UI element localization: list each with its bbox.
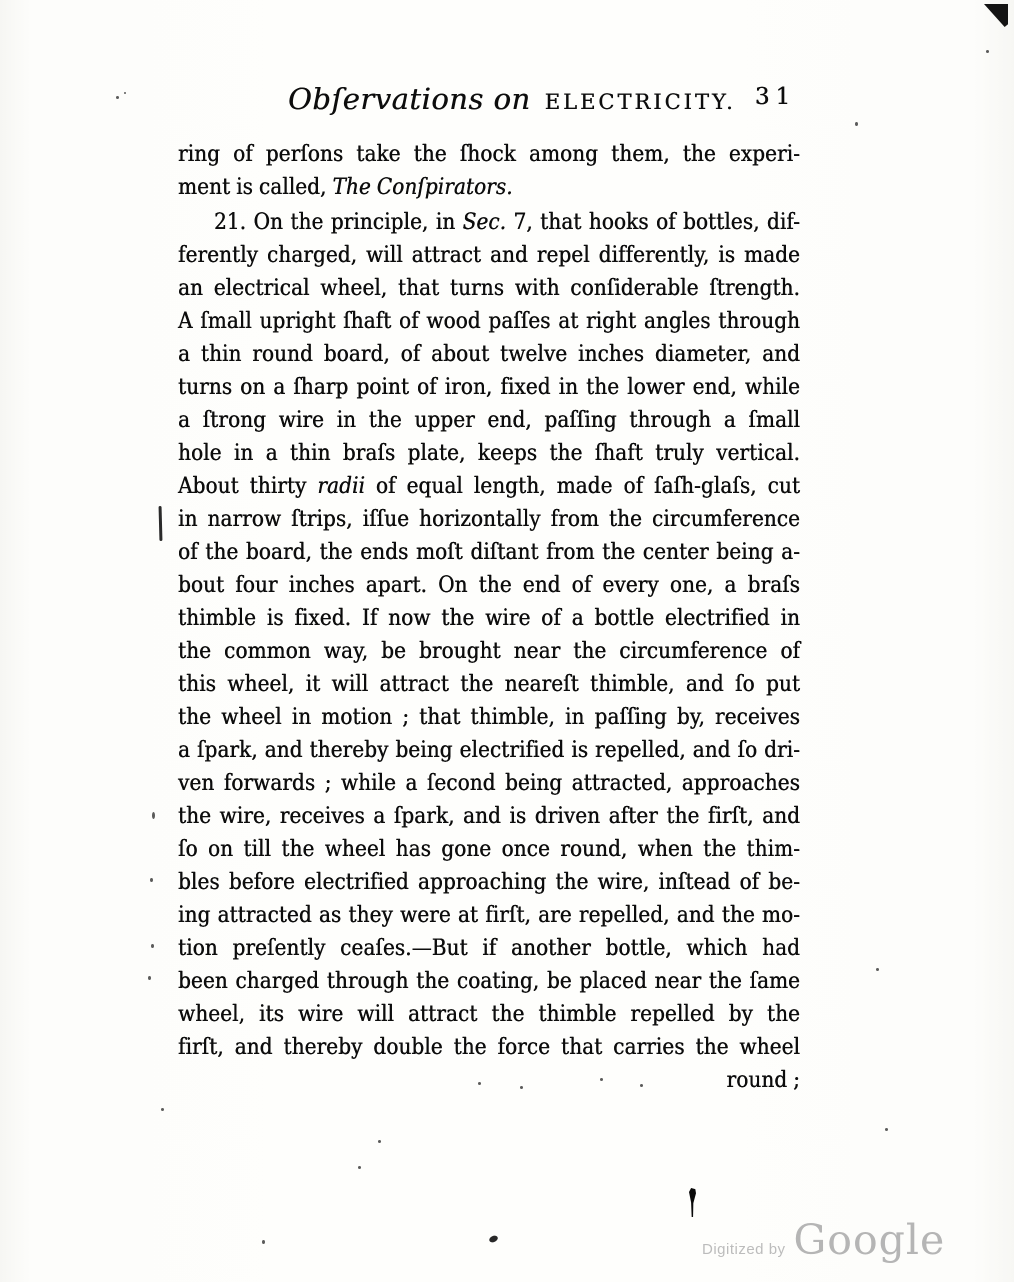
running-header: Obſervations on ELECTRICITY. 31 xyxy=(178,82,800,126)
text-line: the common way, be brought near the circ… xyxy=(178,632,800,669)
text-line: tion preſently ceaſes.—But if another bo… xyxy=(178,929,800,966)
text-run: tion preſently ceaſes.—But if another bo… xyxy=(178,934,800,961)
text-run: ing attracted as they were at firſt, are… xyxy=(178,901,800,928)
text-run: the wheel in motion ; that thimble, in p… xyxy=(178,703,800,730)
pen-ink-mark xyxy=(689,1188,696,1217)
italic-text-run: radii xyxy=(317,472,365,499)
text-run: bout four inches apart. On the end of ev… xyxy=(178,571,800,598)
text-line: been charged through the coating, be pla… xyxy=(178,962,800,999)
italic-text-run: The Conſpirators. xyxy=(332,173,512,200)
text-line: A ſmall upright ſhaft of wood paſſes at … xyxy=(178,302,800,339)
text-run: a ſtrong wire in the upper end, paſſing … xyxy=(178,406,800,433)
running-title-italic: Obſervations on xyxy=(288,82,531,116)
text-run: firſt, and thereby double the force that… xyxy=(178,1033,800,1060)
text-line: turns on a ſharp point of iron, fixed in… xyxy=(178,368,800,405)
margin-ink-bar xyxy=(159,506,163,541)
text-run: a ſpark, and thereby being electrified i… xyxy=(178,736,800,763)
ink-speck xyxy=(161,1108,164,1111)
ink-speck xyxy=(488,1234,499,1243)
text-run: A ſmall upright ſhaft of wood paſſes at … xyxy=(178,307,800,334)
text-line: round ; xyxy=(178,1061,800,1098)
text-line: the wheel in motion ; that thimble, in p… xyxy=(178,698,800,735)
text-line: ſo on till the wheel has gone once round… xyxy=(178,830,800,867)
text-line: 21. On the principle, in Sec. 7, that ho… xyxy=(178,203,800,240)
text-line: a ſtrong wire in the upper end, paſſing … xyxy=(178,401,800,438)
text-run: this wheel, it will attract the neareſt … xyxy=(178,670,800,697)
ink-speck xyxy=(124,92,126,94)
page-number: 31 xyxy=(755,84,796,110)
paragraph-conspirators: ring of perſons take the ſhock among the… xyxy=(178,137,800,203)
ink-speck xyxy=(152,812,155,819)
ink-speck xyxy=(986,50,989,53)
text-line: ring of perſons take the ſhock among the… xyxy=(178,135,800,172)
text-line: thimble is fixed. If now the wire of a b… xyxy=(178,599,800,636)
text-run: an electrical wheel, that turns with con… xyxy=(178,274,800,301)
text-line: ferently charged, will attract and repel… xyxy=(178,236,800,273)
ink-speck xyxy=(876,968,879,971)
running-title: Obſervations on ELECTRICITY. xyxy=(288,82,736,116)
text-run: About thirty xyxy=(178,472,317,499)
ink-speck xyxy=(855,122,858,126)
corner-ink-mark xyxy=(984,4,1008,27)
text-run: wheel, its wire will attract the thimble… xyxy=(178,1000,800,1027)
text-line: wheel, its wire will attract the thimble… xyxy=(178,995,800,1032)
ink-speck xyxy=(378,1140,381,1143)
text-run: bles before electrified approaching the … xyxy=(178,868,800,895)
ink-speck xyxy=(116,96,119,99)
text-run: the common way, be brought near the circ… xyxy=(178,637,800,664)
ink-speck xyxy=(150,878,153,882)
ink-speck xyxy=(885,1128,888,1131)
ink-speck xyxy=(262,1240,265,1244)
ink-speck xyxy=(358,1166,361,1169)
text-run: 21. On the principle, in xyxy=(214,208,463,235)
text-line: an electrical wheel, that turns with con… xyxy=(178,269,800,306)
digitization-watermark: Digitized by Google xyxy=(702,1216,945,1264)
ink-speck xyxy=(148,976,151,980)
text-run: round ; xyxy=(727,1066,800,1093)
text-run: ven forwards ; while a ſecond being attr… xyxy=(178,769,800,796)
text-line: About thirty radii of equal length, made… xyxy=(178,467,800,504)
text-line: bout four inches apart. On the end of ev… xyxy=(178,566,800,603)
ink-speck xyxy=(151,944,154,948)
paragraph-21-electrical-wheel: 21. On the principle, in Sec. 7, that ho… xyxy=(178,205,800,1096)
text-run: ſo on till the wheel has gone once round… xyxy=(178,835,800,862)
italic-text-run: Sec. xyxy=(463,208,507,235)
text-run: ring of perſons take the ſhock among the… xyxy=(178,140,800,167)
text-run: in narrow ſtrips, iſſue horizontally fro… xyxy=(178,505,800,532)
text-run: the wire, receives a ſpark, and is drive… xyxy=(178,802,800,829)
text-line: ven forwards ; while a ſecond being attr… xyxy=(178,764,800,801)
text-line: firſt, and thereby double the force that… xyxy=(178,1028,800,1065)
text-line: a thin round board, of about twelve inch… xyxy=(178,335,800,372)
text-run: a thin round board, of about twelve inch… xyxy=(178,340,800,367)
running-title-caps: ELECTRICITY. xyxy=(545,90,736,114)
scanned-book-page: Obſervations on ELECTRICITY. 31 ring of … xyxy=(0,0,1014,1282)
text-run: been charged through the coating, be pla… xyxy=(178,967,800,994)
text-run: hole in a thin braſs plate, keeps the ſh… xyxy=(178,439,800,466)
text-line: the wire, receives a ſpark, and is drive… xyxy=(178,797,800,834)
text-run: turns on a ſharp point of iron, fixed in… xyxy=(178,373,800,400)
text-run: of equal length, made of ſaſh-glaſs, cut xyxy=(365,472,800,499)
text-line: hole in a thin braſs plate, keeps the ſh… xyxy=(178,434,800,471)
text-line: this wheel, it will attract the neareſt … xyxy=(178,665,800,702)
text-run: ferently charged, will attract and repel… xyxy=(178,241,800,268)
text-line: ing attracted as they were at firſt, are… xyxy=(178,896,800,933)
text-line: of the board, the ends moſt diſtant from… xyxy=(178,533,800,570)
text-line: a ſpark, and thereby being electrified i… xyxy=(178,731,800,768)
text-line: bles before electrified approaching the … xyxy=(178,863,800,900)
digitized-by-label: Digitized by xyxy=(702,1241,786,1258)
text-line: ment is called, The Conſpirators. xyxy=(178,168,800,205)
text-line: in narrow ſtrips, iſſue horizontally fro… xyxy=(178,500,800,537)
text-run: of the board, the ends moſt diſtant from… xyxy=(178,538,800,565)
text-run: ment is called, xyxy=(178,173,332,200)
text-run: thimble is fixed. If now the wire of a b… xyxy=(178,604,800,631)
text-run: 7, that hooks of bottles, dif- xyxy=(506,208,800,235)
google-logo: Google xyxy=(794,1216,946,1264)
